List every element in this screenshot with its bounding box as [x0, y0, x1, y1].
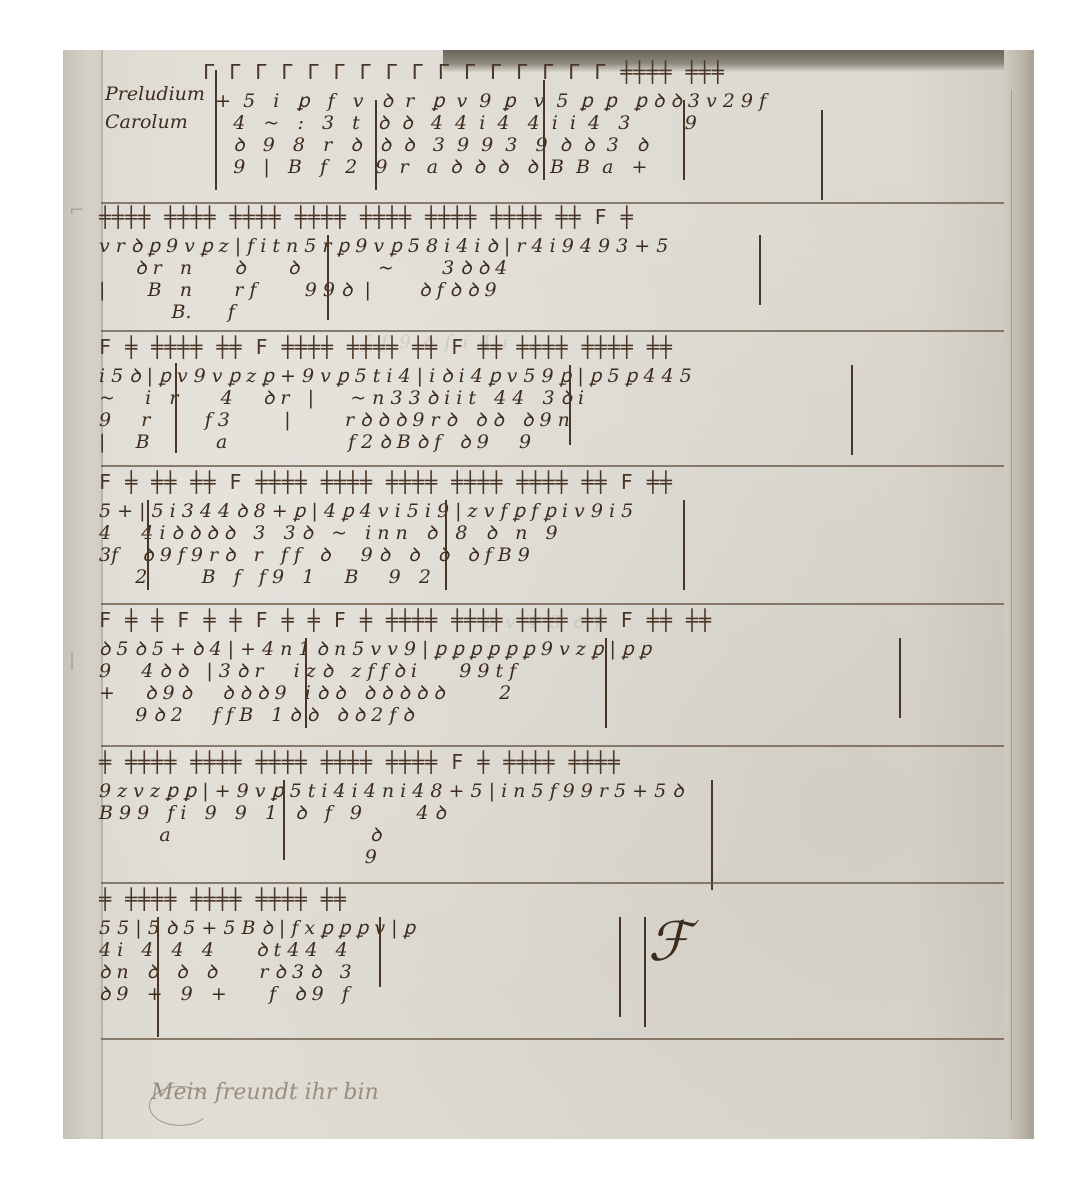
- barline: [543, 80, 545, 180]
- barline: [899, 638, 901, 718]
- margin-mark: |: [69, 650, 75, 671]
- tablature-line: + ꝺ 9 ꝺ ꝺ ꝺ ꝺ 9 i ꝺ ꝺ ꝺ ꝺ ꝺ ꝺ ꝺ 2: [99, 682, 1009, 704]
- rhythm-flags: F ╪ ╪╪╪╪ ╪╪ F ╪╪╪╪ ╪╪╪╪ ╪╪ F ╪╪ ╪╪╪╪ ╪╪╪…: [99, 335, 1009, 361]
- barline: [379, 917, 381, 987]
- rhythm-flags: F ╪ ╪╪ ╪╪ F ╪╪╪╪ ╪╪╪╪ ╪╪╪╪ ╪╪╪╪ ╪╪╪╪ ╪╪ …: [99, 470, 1009, 496]
- system-rule: [101, 745, 1004, 747]
- tablature-system-3: F ╪ ╪╪╪╪ ╪╪ F ╪╪╪╪ ╪╪╪╪ ╪╪ F ╪╪ ╪╪╪╪ ╪╪╪…: [99, 335, 1009, 465]
- barline: [283, 780, 285, 860]
- barline: [605, 638, 607, 728]
- tablature-line: | B a f 2 ꝺ B ꝺ f ꝺ 9 9: [99, 431, 1009, 453]
- barline: [821, 110, 823, 200]
- margin-mark: ⌐: [69, 200, 84, 221]
- system-rule: [101, 465, 1004, 467]
- system-rule: [101, 202, 1004, 204]
- barline: [644, 917, 646, 1027]
- tablature-line: 9: [99, 846, 1009, 868]
- barline: [711, 780, 713, 890]
- tablature-system-7: ╪ ╪╪╪╪ ╪╪╪╪ ╪╪╪╪ ╪╪ 5 5 | 5 ꝺ 5 + 5 B ꝺ …: [99, 887, 1009, 1037]
- tablature-line: 4 i 4 4 4 ꝺ t 4 4 4: [99, 939, 1009, 961]
- tablature-line: 9 4 ꝺ ꝺ | 3 ꝺ r i z ꝺ z f f ꝺ i 9 9 t f: [99, 660, 1009, 682]
- tablature-line: 9 z v z ꝑ ꝑ | + 9 v ꝑ 5 t i 4 i 4 n i 4 …: [99, 780, 1009, 802]
- tablature-line: ꝺ r n ꝺ ꝺ ~ 3 ꝺ ꝺ 4: [99, 257, 1009, 279]
- barline: [759, 235, 761, 305]
- system-rule: [101, 1038, 1004, 1040]
- barline: [619, 917, 621, 1017]
- barline: [375, 100, 377, 190]
- barline: [157, 917, 159, 1037]
- tablature-system-6: ╪ ╪╪╪╪ ╪╪╪╪ ╪╪╪╪ ╪╪╪╪ ╪╪╪╪ F ╪ ╪╪╪╪ ╪╪╪╪…: [99, 750, 1009, 880]
- tablature-system-2: ╪╪╪╪ ╪╪╪╪ ╪╪╪╪ ╪╪╪╪ ╪╪╪╪ ╪╪╪╪ ╪╪╪╪ ╪╪ F …: [99, 205, 1009, 330]
- tablature-line: 9 ꝺ 2 f f B 1 ꝺ ꝺ ꝺ ꝺ 2 f ꝺ: [99, 704, 1009, 726]
- rhythm-flags: F ╪ ╪ F ╪ ╪ F ╪ ╪ F ╪ ╪╪╪╪ ╪╪╪╪ ╪╪╪╪ ╪╪ …: [99, 608, 1009, 634]
- tablature-line: 4 ~ : 3 t ꝺ ꝺ 4 4 i 4 4 i i 4 3 9: [203, 112, 1003, 134]
- piece-title: Preludium Carolum: [105, 80, 205, 136]
- system-rule: [101, 882, 1004, 884]
- barline: [327, 235, 329, 320]
- tablature-line: ~ i r 4 ꝺ r | ~ n 3 3 ꝺ i i t 4 4 3 ꝺ i: [99, 387, 1009, 409]
- barline: [445, 500, 447, 590]
- tablature-line: 4 4 i ꝺ ꝺ ꝺ ꝺ 3 3 ꝺ ~ i n n ꝺ 8 ꝺ n 9: [99, 522, 1009, 544]
- barline: [215, 70, 217, 190]
- tablature-line: 3f ꝺ 9 f 9 r ꝺ r f f ꝺ 9 ꝺ ꝺ ꝺ ꝺ f B 9: [99, 544, 1009, 566]
- tablature-line: | B n r f 9 9 ꝺ | ꝺ f ꝺ ꝺ 9: [99, 279, 1009, 301]
- tablature-line: 9 r f 3 | r ꝺ ꝺ ꝺ 9 r ꝺ ꝺ ꝺ ꝺ 9 n: [99, 409, 1009, 431]
- tablature-line: ꝺ n ꝺ ꝺ ꝺ r ꝺ 3 ꝺ 3: [99, 961, 1009, 983]
- tablature-system-1: Γ Γ Γ Γ Γ Γ Γ Γ Γ Γ Γ Γ Γ Γ Γ Γ ╪╪╪╪ ╪╪╪…: [203, 60, 1003, 210]
- rhythm-flags: ╪╪╪╪ ╪╪╪╪ ╪╪╪╪ ╪╪╪╪ ╪╪╪╪ ╪╪╪╪ ╪╪╪╪ ╪╪ F …: [99, 205, 1009, 231]
- title-line-1: Preludium: [105, 80, 205, 108]
- tablature-system-5: F ╪ ╪ F ╪ ╪ F ╪ ╪ F ╪ ╪╪╪╪ ╪╪╪╪ ╪╪╪╪ ╪╪ …: [99, 608, 1009, 743]
- tablature-system-4: F ╪ ╪╪ ╪╪ F ╪╪╪╪ ╪╪╪╪ ╪╪╪╪ ╪╪╪╪ ╪╪╪╪ ╪╪ …: [99, 470, 1009, 605]
- barline: [569, 365, 571, 445]
- tablature-line: 2 B f f 9 1 B 9 2: [99, 566, 1009, 588]
- tablature-line: ꝺ 9 + 9 + f ꝺ 9 f: [99, 983, 1009, 1005]
- barline: [175, 363, 177, 453]
- system-rule: [101, 330, 1004, 332]
- page-right-edge-line: [1011, 90, 1012, 1120]
- barline: [305, 638, 307, 728]
- rhythm-flags: ╪ ╪╪╪╪ ╪╪╪╪ ╪╪╪╪ ╪╪╪╪ ╪╪╪╪ F ╪ ╪╪╪╪ ╪╪╪╪: [99, 750, 1009, 776]
- tablature-line: v r ꝺ ꝑ 9 v ꝑ z | f i t n 5 r ꝑ 9 v ꝑ 5 …: [99, 235, 1009, 257]
- tablature-line: 5 + | 5 i 3 4 4 ꝺ 8 + ꝑ | 4 ꝑ 4 v i 5 i …: [99, 500, 1009, 522]
- pen-trial-inscription: Mein freundt ihr bin: [151, 1080, 379, 1105]
- barline: [851, 365, 853, 455]
- tablature-line: a ꝺ: [99, 824, 1009, 846]
- tablature-line: ꝺ 5 ꝺ 5 + ꝺ 4 | + 4 n 1 ꝺ n 5 v v 9 | ꝑ …: [99, 638, 1009, 660]
- rhythm-flags: ╪ ╪╪╪╪ ╪╪╪╪ ╪╪╪╪ ╪╪: [99, 887, 1009, 913]
- tablature-line: + 5 i ꝑ f v ꝺ r ꝑ v 9 ꝑ v 5 ꝑ ꝑ ꝑ ꝺ ꝺ 3 …: [203, 90, 1003, 112]
- tablature-line: ꝺ 9 8 r ꝺ ꝺ ꝺ 3 9 9 3 9 ꝺ ꝺ 3 ꝺ: [203, 134, 1003, 156]
- title-line-2: Carolum: [105, 108, 205, 136]
- barline: [683, 100, 685, 180]
- tablature-line: B 9 9 f i 9 9 1 ꝺ f 9 4 ꝺ: [99, 802, 1009, 824]
- manuscript-page: ⌐ | f f 9 ꝺ f i 4 i ꝺ v 4 3 ꝺ f Preludiu…: [63, 50, 1034, 1139]
- tablature-line: 9 | B f 2 9 r a ꝺ ꝺ ꝺ ꝺ B B a +: [203, 156, 1003, 178]
- barline: [683, 500, 685, 590]
- tablature-line: B. f: [99, 301, 1009, 323]
- system-rule: [101, 603, 1004, 605]
- tablature-line: i 5 ꝺ | ꝑ v 9 v ꝑ z ꝑ + 9 v ꝑ 5 t i 4 | …: [99, 365, 1009, 387]
- barline: [147, 500, 149, 590]
- rhythm-flags: Γ Γ Γ Γ Γ Γ Γ Γ Γ Γ Γ Γ Γ Γ Γ Γ ╪╪╪╪ ╪╪╪: [203, 60, 1003, 86]
- final-flourish: ℱ: [648, 910, 690, 973]
- tablature-line: 5 5 | 5 ꝺ 5 + 5 B ꝺ | f x ꝑ ꝑ ꝑ v | ꝑ: [99, 917, 1009, 939]
